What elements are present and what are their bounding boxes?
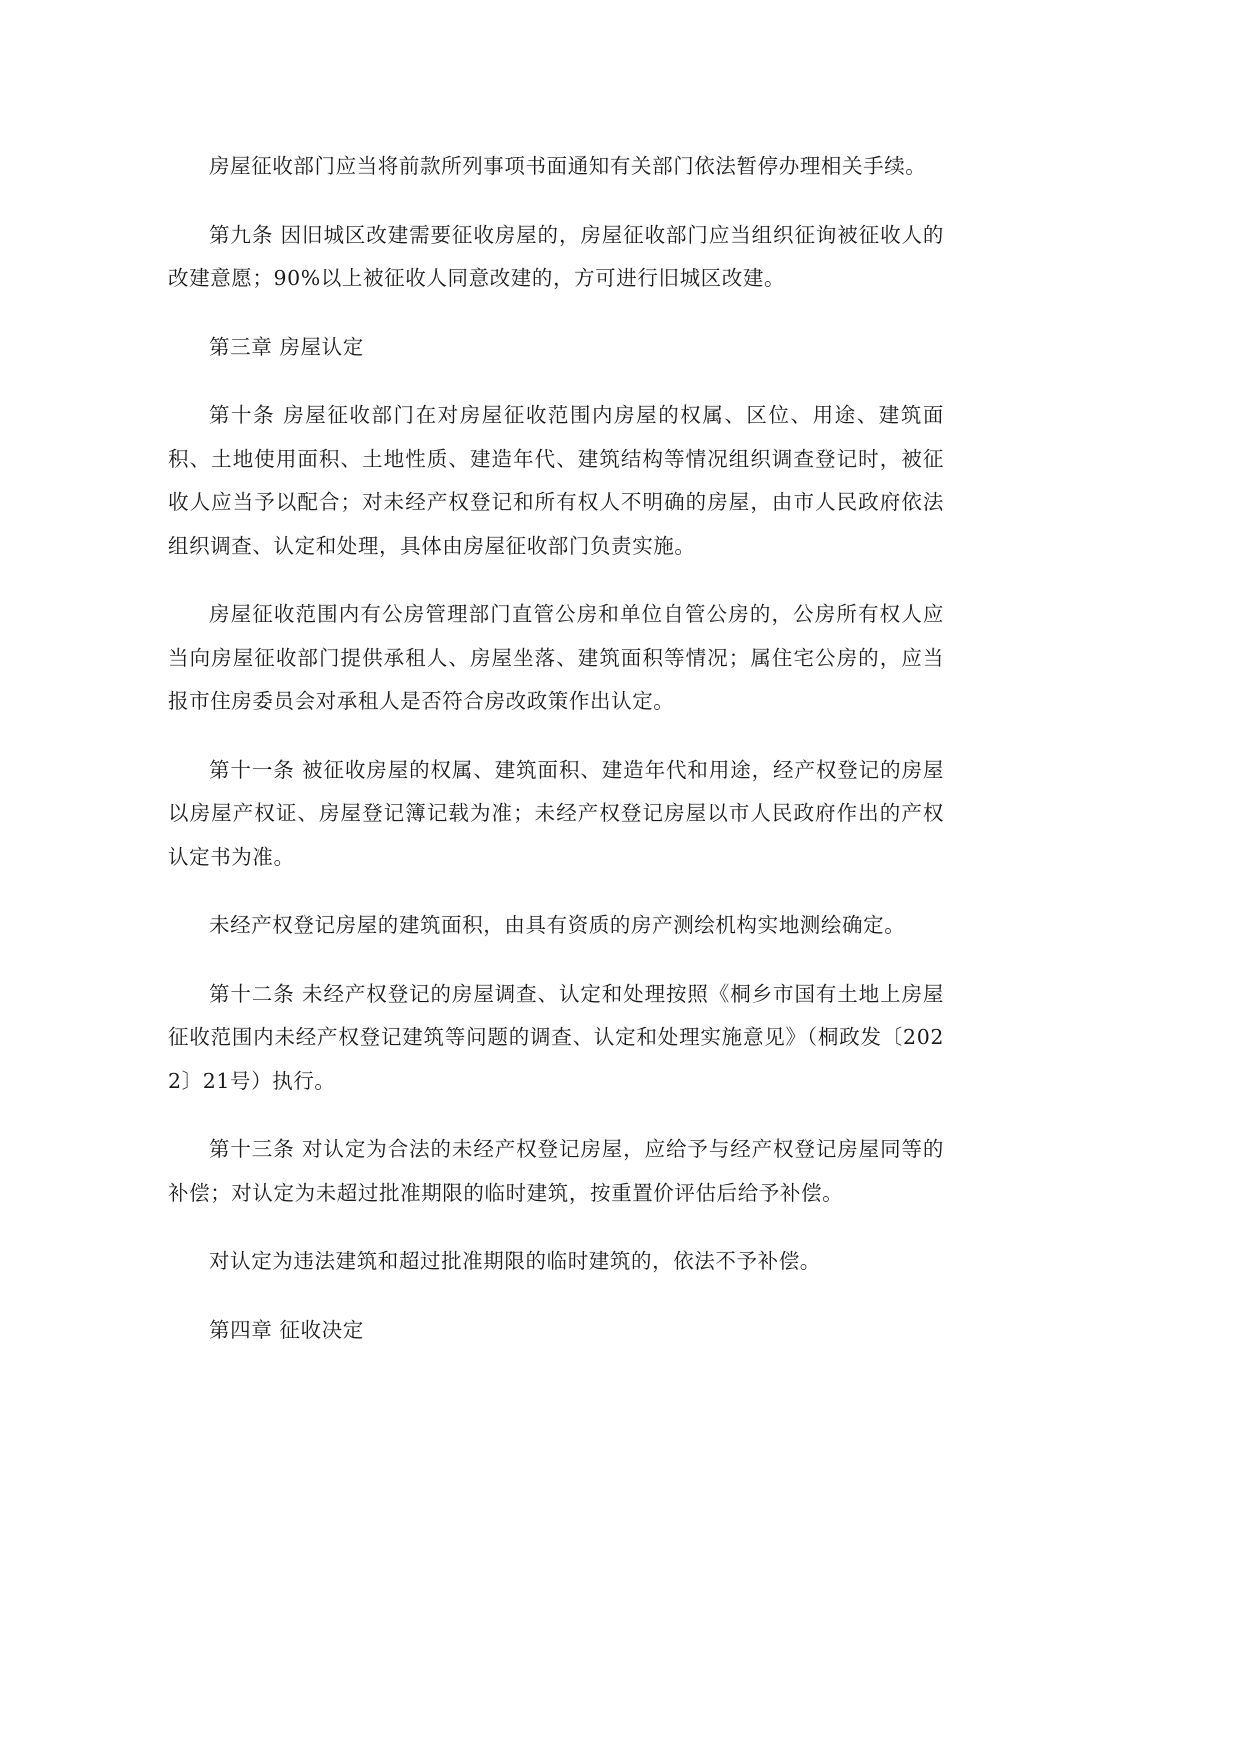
paragraph-illegal-buildings: 对认定为违法建筑和超过批准期限的临时建筑的，依法不予补偿。: [168, 1240, 944, 1284]
article-12: 第十二条 未经产权登记的房屋调查、认定和处理按照《桐乡市国有土地上房屋征收范围内…: [168, 973, 944, 1104]
article-9: 第九条 因旧城区改建需要征收房屋的，房屋征收部门应当组织征询被征收人的改建意愿；…: [168, 214, 944, 301]
article-11: 第十一条 被征收房屋的权属、建筑面积、建造年代和用途，经产权登记的房屋以房屋产权…: [168, 749, 944, 880]
paragraph-unregistered-area: 未经产权登记房屋的建筑面积，由具有资质的房产测绘机构实地测绘确定。: [168, 904, 944, 948]
chapter-3-heading: 第三章 房屋认定: [168, 326, 944, 370]
chapter-4-heading: 第四章 征收决定: [168, 1309, 944, 1353]
document-page: 房屋征收部门应当将前款所列事项书面通知有关部门依法暂停办理相关手续。 第九条 因…: [168, 145, 944, 1377]
article-13: 第十三条 对认定为合法的未经产权登记房屋，应给予与经产权登记房屋同等的补偿；对认…: [168, 1128, 944, 1215]
article-10: 第十条 房屋征收部门在对房屋征收范围内房屋的权属、区位、用途、建筑面积、土地使用…: [168, 394, 944, 568]
paragraph-suspend-procedures: 房屋征收部门应当将前款所列事项书面通知有关部门依法暂停办理相关手续。: [168, 145, 944, 189]
paragraph-public-housing: 房屋征收范围内有公房管理部门直管公房和单位自管公房的，公房所有权人应当向房屋征收…: [168, 593, 944, 724]
